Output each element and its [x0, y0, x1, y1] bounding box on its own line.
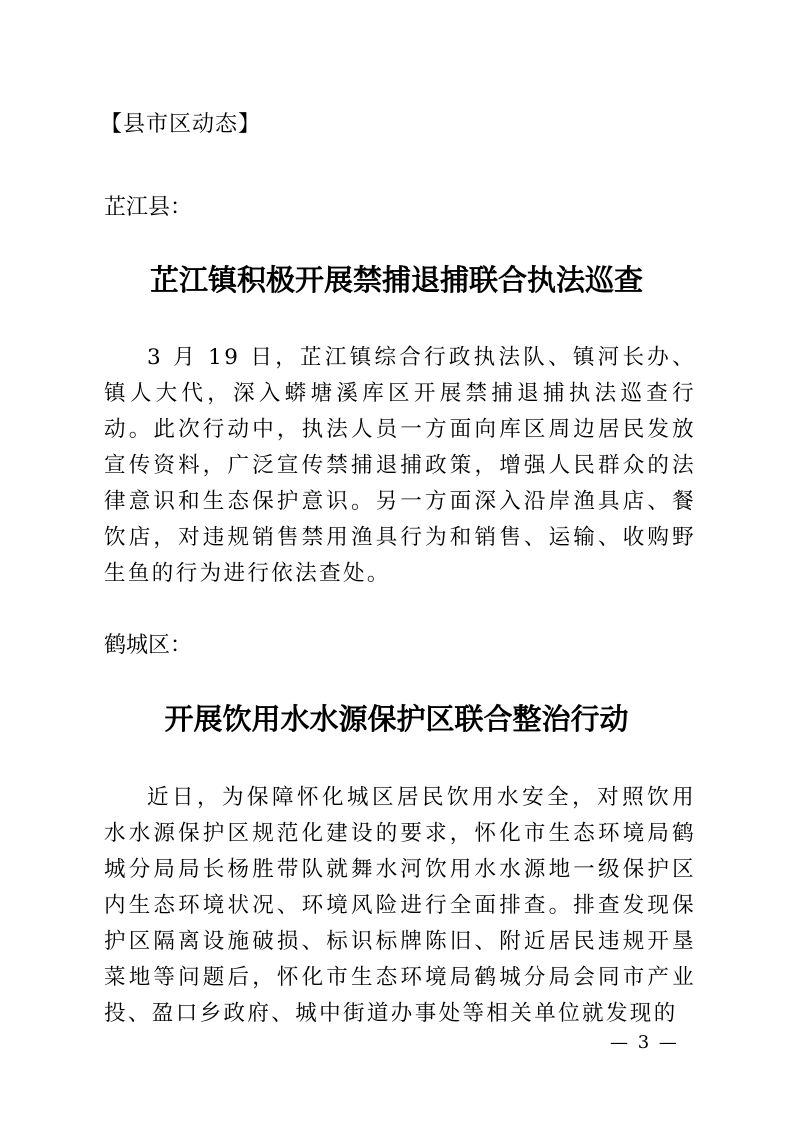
page-number: — 3 — [610, 1032, 679, 1053]
article-headline-zhijiang: 芷江镇积极开展禁捕退捕联合执法巡查 [0, 258, 793, 299]
section-tag: 【县市区动态】 [100, 107, 261, 138]
article-body-hecheng: 近日，为保障怀化城区居民饮用水安全，对照饮用水水源保护区规范化建设的要求，怀化市… [104, 780, 696, 1032]
region-label-zhijiang: 芷江县： [104, 190, 192, 221]
article-headline-hecheng: 开展饮用水水源保护区联合整治行动 [0, 697, 793, 738]
region-label-hecheng: 鹤城区： [104, 628, 192, 659]
document-page: 【县市区动态】 芷江县： 芷江镇积极开展禁捕退捕联合执法巡查 3 月 19 日，… [0, 0, 793, 1122]
article-body-zhijiang: 3 月 19 日，芷江镇综合行政执法队、镇河长办、镇人大代，深入蟒塘溪库区开展禁… [104, 340, 696, 592]
